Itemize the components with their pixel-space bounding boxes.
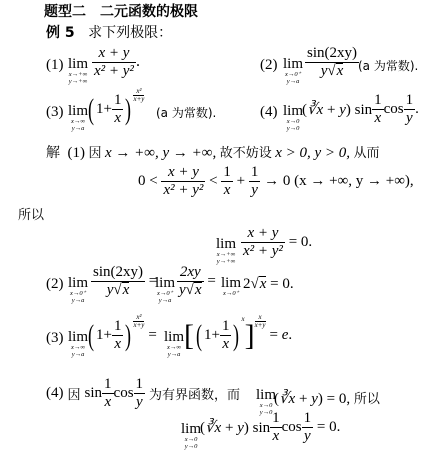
solution-4-lim2: limx→0y→0	[181, 422, 201, 450]
solution-2-expr2: 2xyy√x =	[177, 264, 216, 299]
problem-4-lim: limx→0y→0	[283, 104, 303, 132]
solution-2-number: (2)	[46, 276, 64, 293]
solution-2-lim3: limx→0⁺	[221, 276, 241, 297]
problem-1-fraction: x + yx² + y².	[92, 45, 140, 80]
problem-3-lim: limx→∞y→a	[68, 104, 88, 132]
problem-4-expr: (∛x + y) sin1xcos1y.	[302, 92, 419, 127]
solution-2-result: 2√x = 0.	[243, 276, 294, 293]
solution-4-limexpr: (∛x + y) = 0, 所以	[274, 388, 380, 408]
solution-3-lim1: limx→∞y→a	[68, 330, 88, 358]
solution-3-number: (3)	[46, 330, 64, 347]
problem-2-note: (a 为常数).	[358, 57, 418, 74]
solution-1-intro: 解 (1) 因 x → +∞, y → +∞, 故不妨设 x > 0, y > …	[46, 142, 380, 162]
solution-3-expr: (1+1x)x²x+y =	[86, 318, 157, 353]
solution-2-expr: sin(2xy)y√x =	[91, 264, 157, 299]
problem-1-lim: limx→+∞y→+∞	[68, 57, 88, 85]
therefore-label: 所以	[18, 204, 44, 223]
problem-1-number: (1)	[46, 57, 64, 74]
example-line: 例 5 求下列极限：	[46, 22, 172, 42]
example-label: 例 5	[46, 25, 75, 41]
solution-2-lim2: limx→0⁺y→a	[155, 276, 175, 304]
solution-4-intro: (4) 因 sin1xcos1y 为有界函数，而	[46, 376, 240, 411]
example-prompt: 求下列极限：	[88, 25, 172, 41]
problem-2-fraction: sin(2xy)y√x	[305, 45, 359, 80]
problem-2-lim: limx→0⁺y→a	[283, 57, 303, 85]
solution-1-inequality: 0 < x + yx² + y² < 1x + 1y → 0 (x → +∞, …	[138, 164, 414, 199]
problem-2-number: (2)	[260, 57, 278, 74]
solution-4-result: (∛x + y) sin1xcos1y = 0.	[200, 410, 340, 445]
solution-1-result: x + yx² + y² = 0.	[241, 225, 312, 260]
solution-1-lim: limx→+∞y→+∞	[216, 237, 236, 265]
problem-3-note: (a 为常数).	[156, 104, 216, 121]
solution-2-lim1: limx→0⁺y→a	[68, 276, 88, 304]
solution-3-lim2: limx→∞y→a	[164, 330, 184, 358]
problem-4-number: (4)	[260, 104, 278, 121]
problem-3-number: (3)	[46, 104, 64, 121]
solution-3-expr2: [(1+1x)x]xx+y = e.	[184, 318, 292, 353]
section-heading: 题型二 二元函数的极限	[44, 1, 198, 21]
problem-3-expr: (1+1x)x²x+y	[86, 92, 144, 127]
